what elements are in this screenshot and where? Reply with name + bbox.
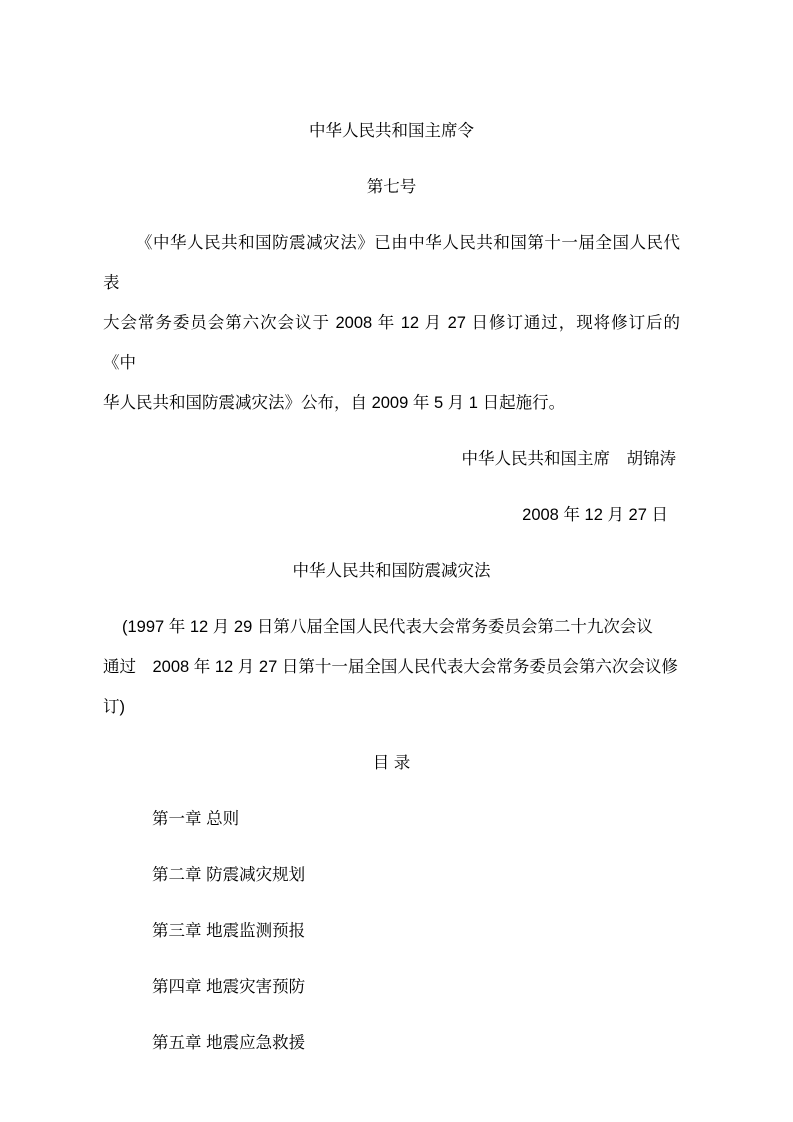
toc-item-chapter-5: 第五章 地震应急救援: [103, 1023, 680, 1063]
decree-title: 中华人民共和国主席令: [103, 111, 680, 151]
toc-item-chapter-1: 第一章 总则: [103, 799, 680, 839]
enactment-line-1: (1997 年 12 月 29 日第八届全国人民代表大会常务委员会第二十九次会议: [103, 607, 680, 647]
enactment-line-2: 通过 2008 年 12 月 27 日第十一届全国人民代表大会常务委员会第六次会…: [103, 647, 680, 687]
enactment-line-3: 订): [103, 687, 680, 727]
toc-item-chapter-4: 第四章 地震灾害预防: [103, 967, 680, 1007]
toc-heading: 目 录: [103, 743, 680, 783]
law-title: 中华人民共和国防震减灾法: [103, 551, 680, 591]
date-line: 2008 年 12 月 27 日: [103, 495, 680, 535]
signature-line: 中华人民共和国主席 胡锦涛: [103, 439, 680, 479]
decree-body-paragraph: 《中华人民共和国防震减灾法》已由中华人民共和国第十一届全国人民代表 大会常务委员…: [103, 223, 680, 423]
decree-number: 第七号: [103, 167, 680, 207]
decree-body-line-3: 华人民共和国防震减灾法》公布，自 2009 年 5 月 1 日起施行。: [103, 383, 680, 423]
document-page: 中华人民共和国主席令 第七号 《中华人民共和国防震减灾法》已由中华人民共和国第十…: [0, 0, 793, 1122]
toc-item-chapter-2: 第二章 防震减灾规划: [103, 855, 680, 895]
decree-body-line-1: 《中华人民共和国防震减灾法》已由中华人民共和国第十一届全国人民代表: [103, 223, 680, 303]
decree-body-line-2: 大会常务委员会第六次会议于 2008 年 12 月 27 日修订通过，现将修订后…: [103, 303, 680, 383]
enactment-paragraph: (1997 年 12 月 29 日第八届全国人民代表大会常务委员会第二十九次会议…: [103, 607, 680, 727]
toc-item-chapter-3: 第三章 地震监测预报: [103, 911, 680, 951]
